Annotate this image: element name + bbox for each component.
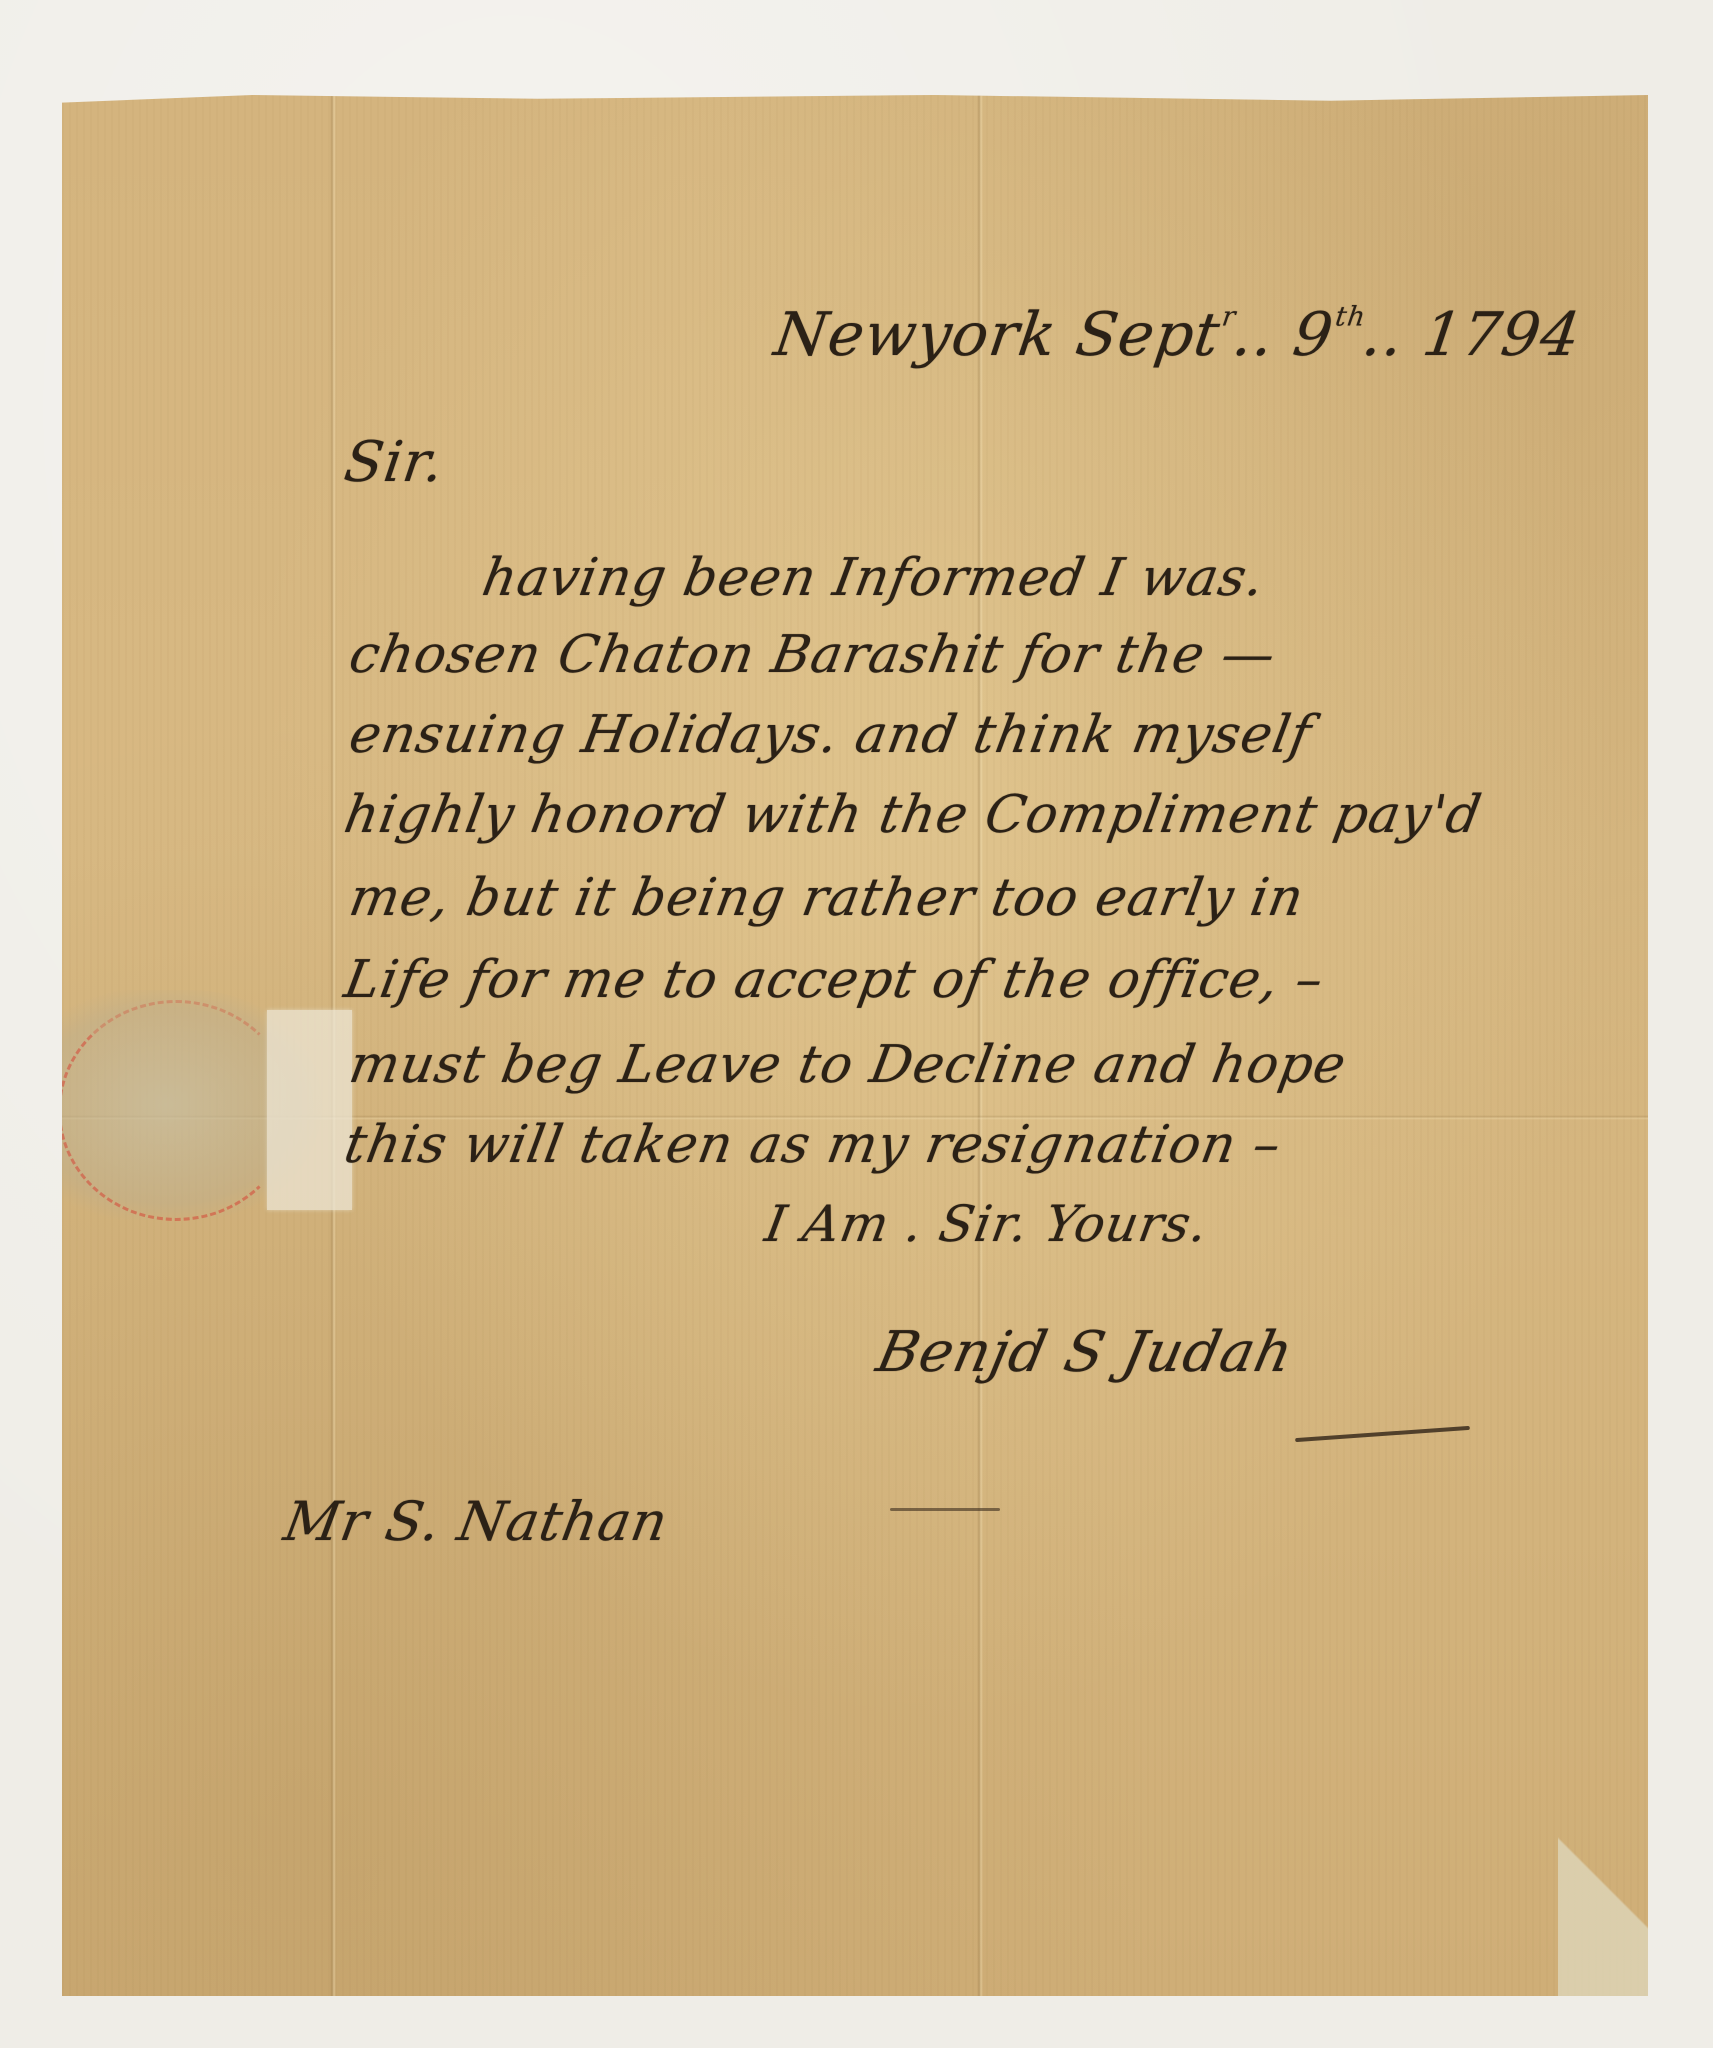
dateline-day-superscript: th (1333, 301, 1368, 332)
body-line: ensuing Holidays. and think myself (345, 705, 1316, 765)
signature-underline (890, 1508, 1000, 1511)
tissue-repair-strip (267, 1010, 352, 1210)
closing-phrase: I Am . Sir. Yours. (761, 1195, 1213, 1253)
dateline: Newyork Septr.. 9th.. 1794 (770, 300, 1585, 370)
dateline-year: 1794 (1419, 300, 1586, 370)
body-line: highly honord with the Compliment pay'd (340, 785, 1486, 845)
body-line: having been Informed I was. (478, 548, 1269, 608)
body-line: Life for me to accept of the office, – (340, 950, 1328, 1010)
addressee: Mr S. Nathan (279, 1490, 673, 1553)
dateline-month-superscript: r (1220, 301, 1238, 332)
dateline-place: Newyork (770, 300, 1061, 370)
body-line: chosen Chaton Barashit for the — (345, 625, 1280, 685)
corner-repair (1558, 1796, 1648, 1996)
dateline-day: 9 (1289, 300, 1338, 370)
body-line: me, but it being rather too early in (345, 868, 1309, 928)
salutation: Sir. (340, 430, 448, 495)
dateline-month: Sept (1072, 300, 1225, 370)
body-line: must beg Leave to Decline and hope (345, 1035, 1351, 1095)
body-line: this will taken as my resignation – (340, 1115, 1286, 1175)
signature: Benjd S Judah (871, 1320, 1299, 1385)
red-wax-seal-trace (58, 1000, 294, 1221)
